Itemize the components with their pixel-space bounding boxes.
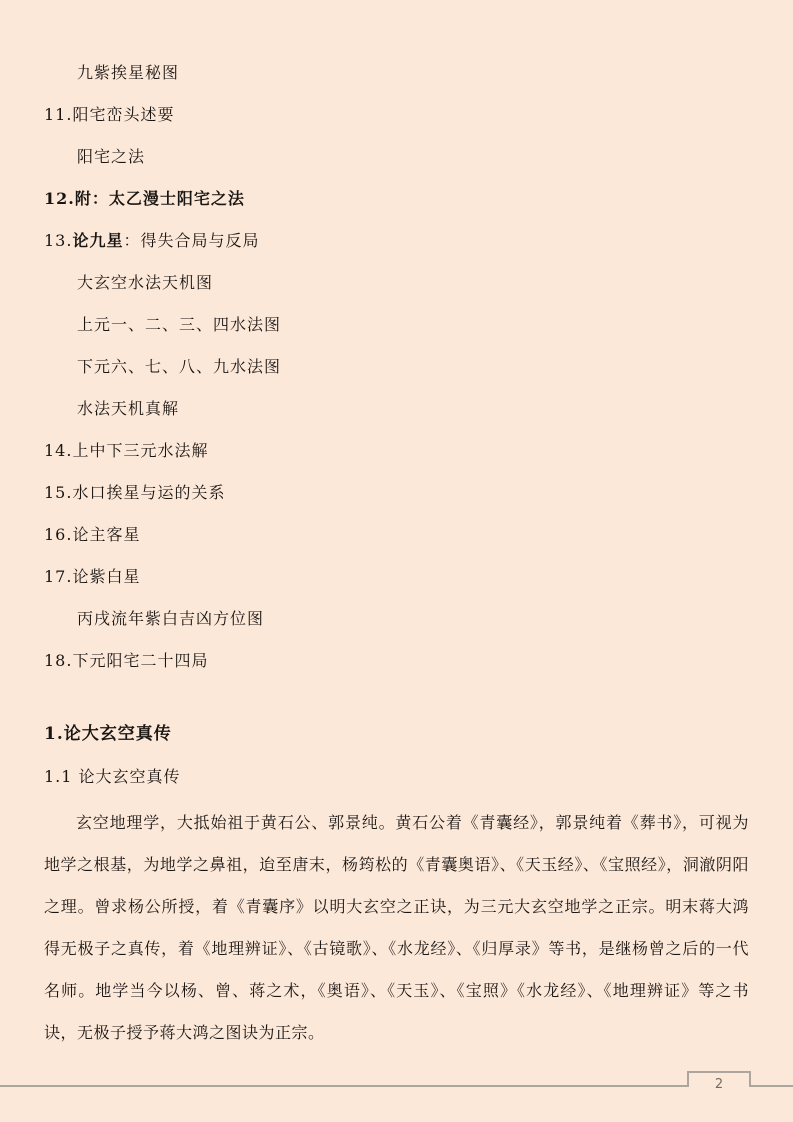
toc-item: 水法天机真解	[44, 388, 749, 430]
body-paragraph: 玄空地理学，大抵始祖于黄石公、郭景纯。黄石公着《青囊经》，郭景纯着《葬书》，可视…	[44, 802, 749, 1054]
toc-item-text: 15.水口挨星与运的关系	[44, 483, 225, 502]
toc-item-text: ：得失合局与反局	[123, 231, 259, 250]
toc-item: 上元一、二、三、四水法图	[44, 304, 749, 346]
toc-item: 12.附：太乙漫士阳宅之法	[44, 178, 749, 220]
toc-item-text: 水法天机真解	[77, 399, 179, 418]
toc-item: 14.上中下三元水法解	[44, 430, 749, 472]
toc-item: 13.论九星：得失合局与反局	[44, 220, 749, 262]
toc-item: 下元六、七、八、九水法图	[44, 346, 749, 388]
toc-item-text: 14.上中下三元水法解	[44, 441, 208, 460]
toc-item-text: 18.下元阳宅二十四局	[44, 651, 208, 670]
page-number: 2	[715, 1077, 723, 1092]
toc-item-text: 九紫挨星秘图	[77, 63, 179, 82]
subsection-heading: 1.1 论大玄空真传	[44, 756, 749, 798]
toc-item: 16.论主客星	[44, 514, 749, 556]
table-of-contents: 九紫挨星秘图11.阳宅峦头述要阳宅之法12.附：太乙漫士阳宅之法13.论九星：得…	[44, 52, 749, 682]
toc-item-text: 上元一、二、三、四水法图	[77, 315, 281, 334]
toc-item-text: 丙戌流年紫白吉凶方位图	[77, 609, 264, 628]
page-number-tab: 2	[687, 1071, 751, 1087]
toc-item: 18.下元阳宅二十四局	[44, 640, 749, 682]
toc-item-text-bold: 12.附：太乙漫士阳宅之法	[44, 189, 245, 208]
toc-item-text: 下元六、七、八、九水法图	[77, 357, 281, 376]
footer-rule-right	[751, 1085, 793, 1087]
footer-rule-left	[0, 1085, 687, 1087]
toc-item-text: 大玄空水法天机图	[77, 273, 213, 292]
toc-item: 15.水口挨星与运的关系	[44, 472, 749, 514]
toc-item: 丙戌流年紫白吉凶方位图	[44, 598, 749, 640]
toc-item: 九紫挨星秘图	[44, 52, 749, 94]
toc-item-text: 16.论主客星	[44, 525, 140, 544]
toc-item-text: 17.论紫白星	[44, 567, 140, 586]
toc-item-text: 13.	[44, 231, 72, 250]
toc-item: 大玄空水法天机图	[44, 262, 749, 304]
toc-item: 11.阳宅峦头述要	[44, 94, 749, 136]
toc-item-text-bold: 论九星	[72, 231, 123, 250]
toc-item-text: 11.阳宅峦头述要	[44, 105, 174, 124]
document-page: 九紫挨星秘图11.阳宅峦头述要阳宅之法12.附：太乙漫士阳宅之法13.论九星：得…	[0, 0, 793, 1122]
section-heading: 1.论大玄空真传	[44, 713, 749, 755]
toc-item: 17.论紫白星	[44, 556, 749, 598]
toc-item: 阳宅之法	[44, 136, 749, 178]
toc-item-text: 阳宅之法	[77, 147, 145, 166]
